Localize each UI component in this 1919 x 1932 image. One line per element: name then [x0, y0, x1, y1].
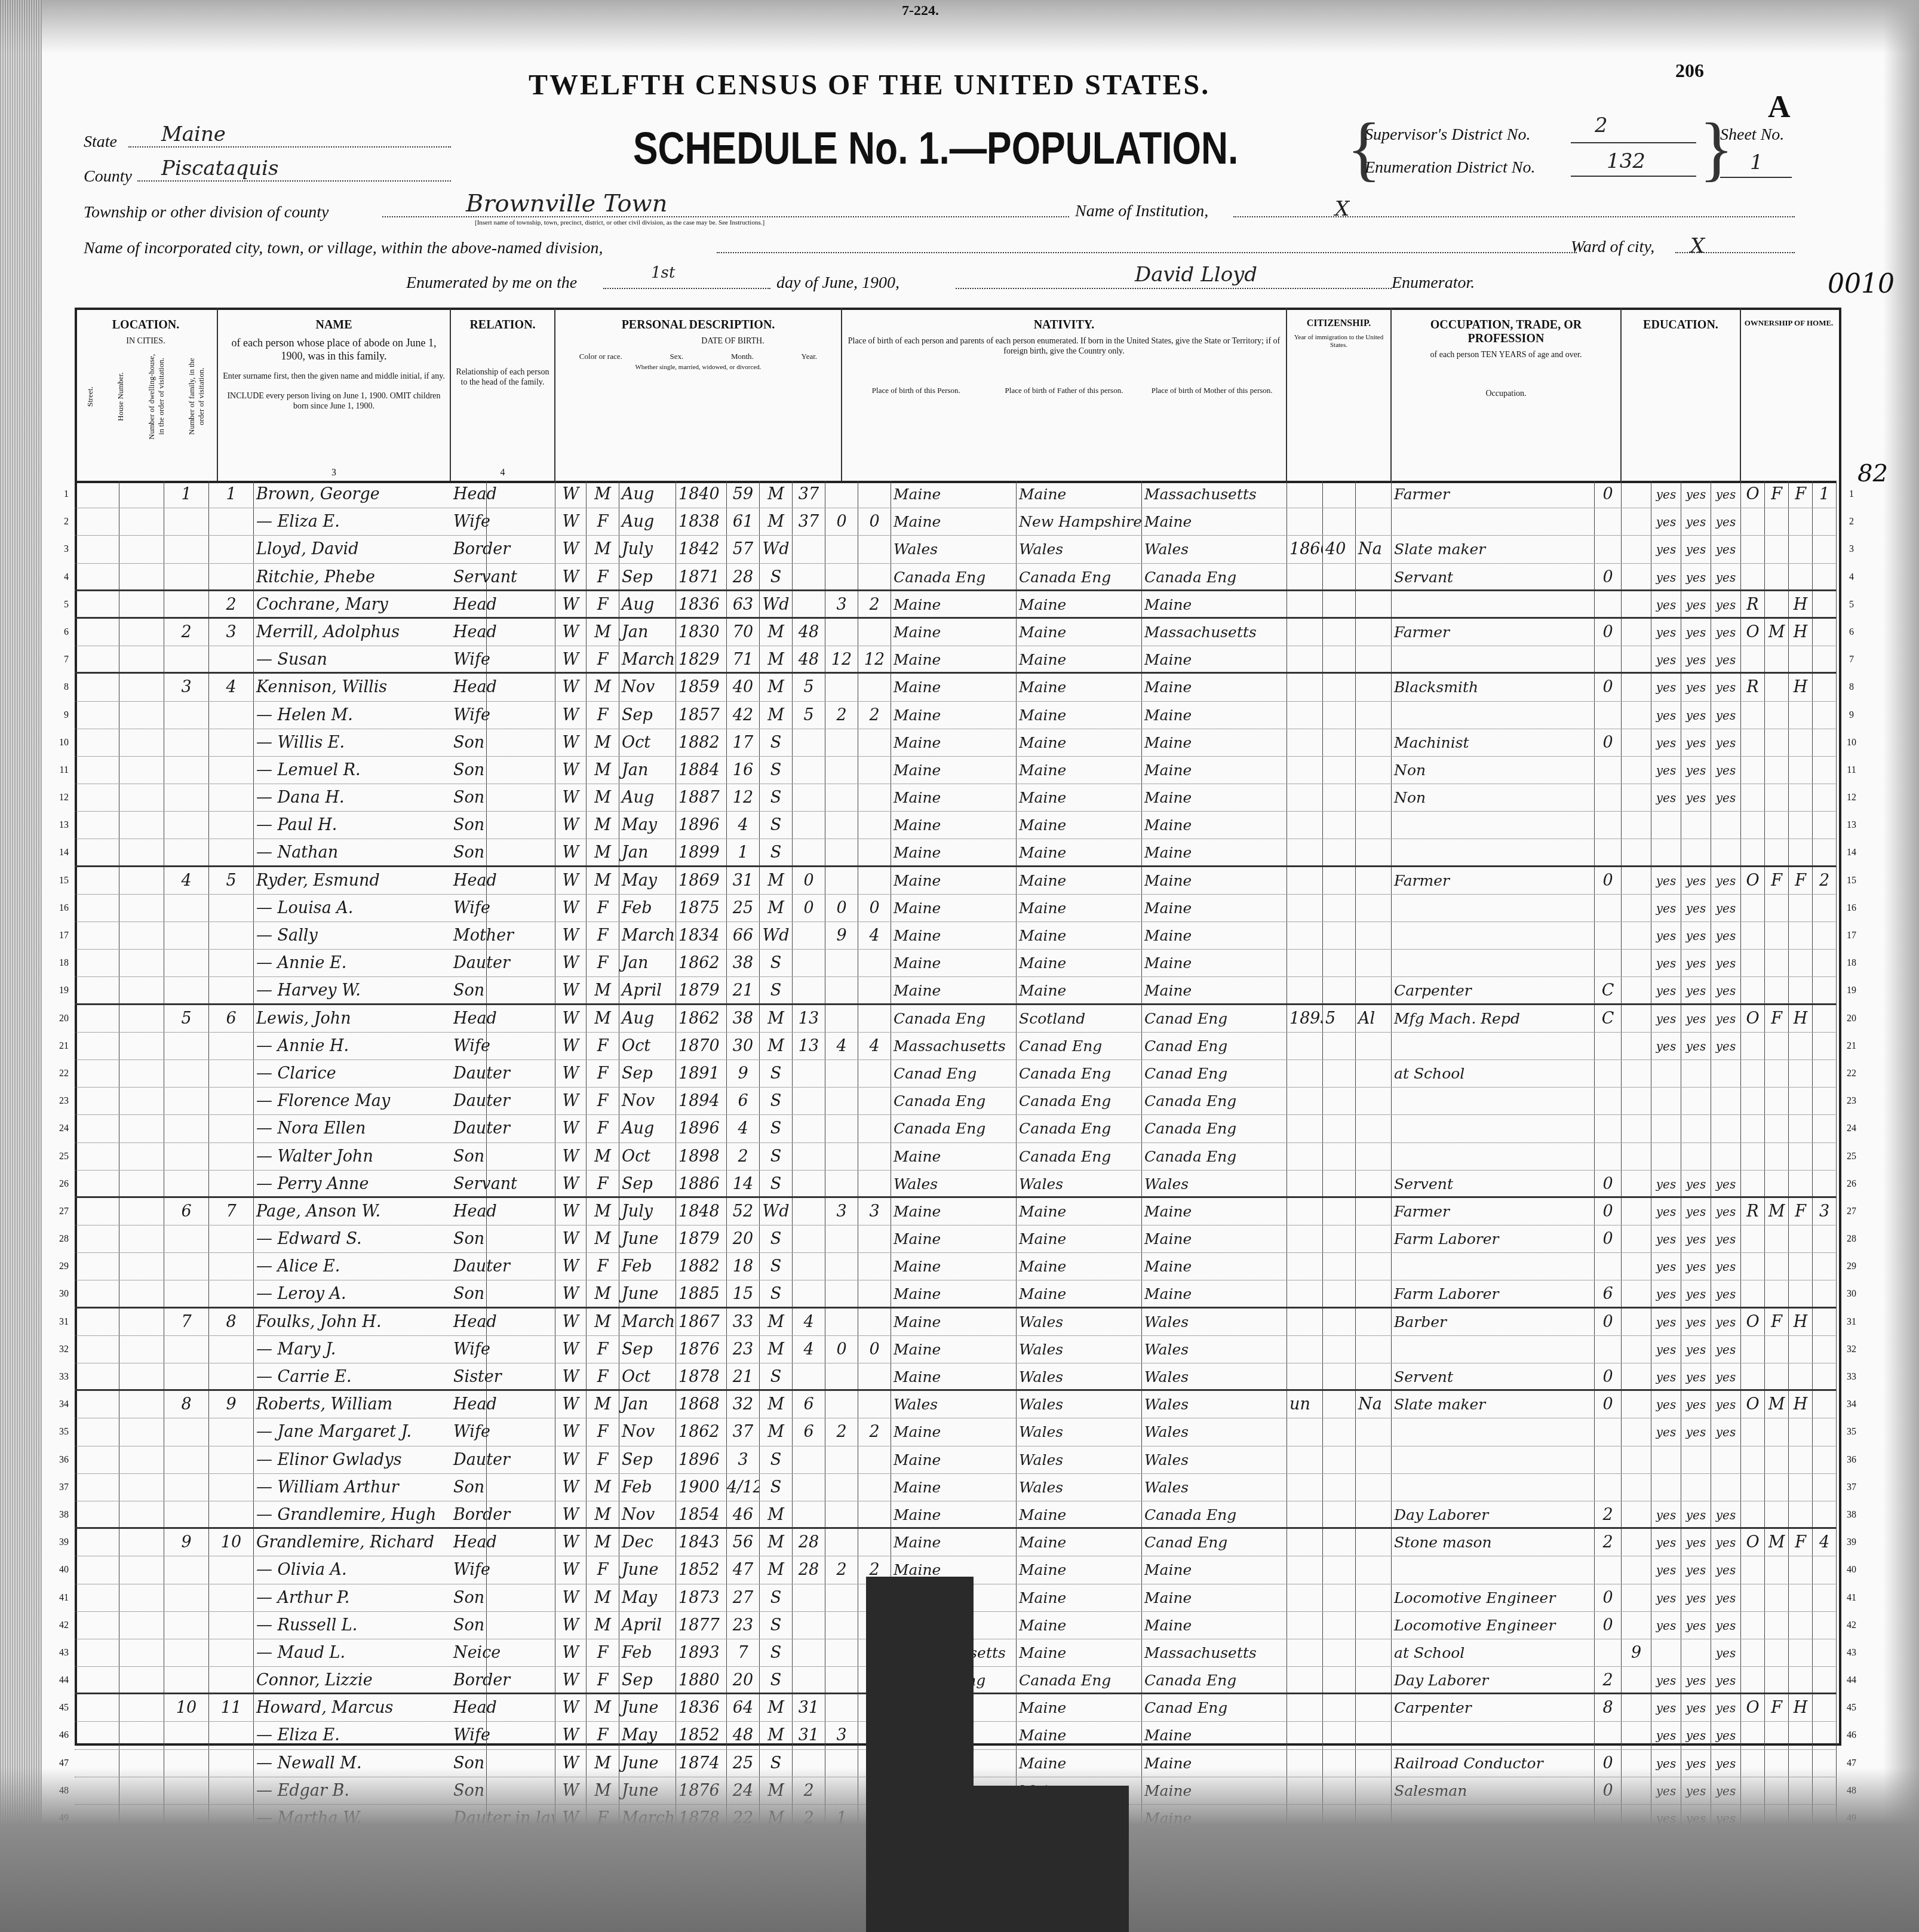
house-number-cell: [119, 1253, 164, 1280]
table-row: 44Ritchie, PhebeServantWFSep187128SCanad…: [75, 564, 1837, 591]
cell-occ: [1392, 1722, 1595, 1749]
cell-rd: [1651, 1088, 1681, 1114]
cell-mo: [1595, 1033, 1622, 1059]
cell-imm: [1287, 1309, 1323, 1335]
cell-color: W: [555, 1060, 587, 1087]
cell-rel: Son: [451, 1143, 555, 1170]
cell-ym: [793, 1474, 825, 1501]
cell-dw: [164, 564, 209, 589]
cell-bp: Maine: [891, 977, 1017, 1003]
cell-sch: [1622, 1612, 1651, 1639]
cell-wr: yes: [1681, 784, 1711, 811]
cell-ym: [793, 950, 825, 976]
cell-sex: M: [587, 1584, 619, 1611]
cell-fp: Maine: [1017, 867, 1142, 894]
cell-free: F: [1765, 481, 1789, 508]
cell-own: O: [1741, 867, 1765, 894]
cell-month: Oct: [619, 729, 676, 756]
cell-mar: M: [760, 1694, 793, 1721]
cell-fp: Maine: [1017, 619, 1142, 646]
cell-wr: [1681, 1088, 1711, 1114]
cell-occ: [1392, 1556, 1595, 1583]
cell-nat: Na: [1356, 536, 1392, 563]
cell-rel: Head: [451, 674, 555, 701]
house-number-cell: [119, 1363, 164, 1389]
cell-sch: [1622, 1005, 1651, 1032]
cell-fs: [1813, 839, 1837, 865]
cell-own: O: [1741, 1529, 1765, 1556]
cell-fam: 10: [209, 1529, 254, 1556]
cell-sex: M: [587, 481, 619, 508]
cell-fs: [1813, 591, 1837, 617]
cell-color: W: [555, 1639, 587, 1666]
cell-cl: 0: [858, 1336, 891, 1363]
cell-month: Jan: [619, 950, 676, 976]
cell-sch: [1622, 1667, 1651, 1693]
cell-mp: Canad Eng: [1142, 1694, 1287, 1721]
cell-fam: [209, 757, 254, 784]
cell-dw: 9: [164, 1529, 209, 1556]
street-cell: [75, 1474, 119, 1501]
table-row: 2121— Annie H.WifeWFOct187030M1344Massac…: [75, 1033, 1837, 1060]
cell-color: W: [555, 1391, 587, 1418]
cell-nat: [1356, 1694, 1392, 1721]
row-number-right: 31: [1840, 1309, 1863, 1336]
cell-ym: [793, 1088, 825, 1114]
cell-free: [1765, 784, 1789, 811]
cell-color: W: [555, 1171, 587, 1196]
cell-own: [1741, 1253, 1765, 1280]
cell-mar: S: [760, 812, 793, 838]
cell-fs: [1813, 536, 1837, 563]
cell-month: April: [619, 977, 676, 1003]
cell-imm: [1287, 591, 1323, 617]
cell-free: [1765, 1501, 1789, 1527]
cell-color: W: [555, 1143, 587, 1170]
cell-sch: [1622, 1418, 1651, 1445]
cell-en: yes: [1711, 1529, 1741, 1556]
cell-wr: yes: [1681, 564, 1711, 589]
house-number-cell: [119, 1198, 164, 1225]
scan-edge-left: [0, 0, 42, 1932]
cell-cl: [858, 619, 891, 646]
birth-father-label: Place of birth of Father of this person.: [997, 386, 1131, 395]
cell-ym: [793, 536, 825, 563]
cell-wr: yes: [1681, 950, 1711, 976]
row-number-right: 38: [1840, 1501, 1863, 1529]
cell-mp: Wales: [1142, 536, 1287, 563]
cell-sch: [1622, 784, 1651, 811]
cell-color: W: [555, 922, 587, 949]
house-number-cell: [119, 1694, 164, 1721]
cell-dw: [164, 702, 209, 729]
row-number: 44: [45, 1667, 69, 1694]
cell-imm: [1287, 1088, 1323, 1114]
cell-color: W: [555, 1115, 587, 1142]
cell-occ: [1392, 895, 1595, 922]
row-number: 22: [45, 1060, 69, 1088]
cell-age: 1: [727, 839, 760, 865]
birth-person-label: Place of birth of this Person.: [849, 386, 982, 395]
cell-color: W: [555, 895, 587, 922]
cell-farm: [1789, 1033, 1813, 1059]
cell-occ: [1392, 1446, 1595, 1473]
row-number: 3: [45, 536, 69, 563]
cell-farm: [1789, 564, 1813, 589]
cell-farm: F: [1789, 1529, 1813, 1556]
cell-age: 47: [727, 1556, 760, 1583]
cell-month: Jan: [619, 839, 676, 865]
cell-fs: [1813, 1005, 1837, 1032]
cell-year: 1882: [676, 1253, 727, 1280]
cell-year: 1862: [676, 1418, 727, 1445]
cell-mo: [1595, 1418, 1622, 1445]
house-number-cell: [119, 1556, 164, 1583]
cell-mp: Wales: [1142, 1474, 1287, 1501]
row-number: 24: [45, 1115, 69, 1142]
cell-month: Nov: [619, 1088, 676, 1114]
cell-rel: Head: [451, 591, 555, 617]
cell-fp: Maine: [1017, 1225, 1142, 1252]
cell-rel: Son: [451, 1474, 555, 1501]
cell-nat: [1356, 784, 1392, 811]
cell-own: [1741, 1280, 1765, 1306]
cell-free: [1765, 1171, 1789, 1196]
cell-rd: yes: [1651, 646, 1681, 672]
cell-imm: [1287, 1694, 1323, 1721]
cell-mp: Canada Eng: [1142, 1143, 1287, 1170]
cell-wr: yes: [1681, 1171, 1711, 1196]
cell-color: W: [555, 1253, 587, 1280]
cell-sex: F: [587, 1253, 619, 1280]
page-letter: A: [1768, 90, 1791, 125]
cell-color: W: [555, 977, 587, 1003]
cell-year: 1840: [676, 481, 727, 508]
house-number-cell: [119, 1584, 164, 1611]
cell-free: [1765, 922, 1789, 949]
cell-yrs: [1323, 757, 1356, 784]
cell-color: W: [555, 1088, 587, 1114]
row-number-right: 28: [1840, 1225, 1863, 1253]
row-number-right: 41: [1840, 1584, 1863, 1612]
cell-fam: [209, 536, 254, 563]
cell-year: 1829: [676, 646, 727, 672]
cell-mc: 3: [825, 1722, 858, 1749]
cell-mo: C: [1595, 1005, 1622, 1032]
occupation-desc: of each person TEN YEARS of age and over…: [1392, 346, 1620, 365]
marital-label: Whether single, married, widowed, or div…: [555, 361, 841, 373]
cell-month: Aug: [619, 591, 676, 617]
cell-free: [1765, 1253, 1789, 1280]
cell-mar: S: [760, 1584, 793, 1611]
cell-mp: Massachusetts: [1142, 1639, 1287, 1666]
table-row: 3030— Leroy A.SonWMJune188515SMaineMaine…: [75, 1280, 1837, 1308]
cell-age: 52: [727, 1198, 760, 1225]
cell-mar: M: [760, 619, 793, 646]
cell-mar: M: [760, 1309, 793, 1335]
cell-color: W: [555, 674, 587, 701]
cell-mp: Maine: [1142, 812, 1287, 838]
cell-yrs: [1323, 1474, 1356, 1501]
cell-cl: [858, 729, 891, 756]
table-row: 1010— Willis E.SonWMOct188217SMaineMaine…: [75, 729, 1837, 757]
cell-fp: Maine: [1017, 674, 1142, 701]
cell-wr: [1681, 1474, 1711, 1501]
cell-cl: [858, 867, 891, 894]
cell-farm: H: [1789, 1694, 1813, 1721]
table-row: 6623Merrill, AdolphusHeadWMJan183070M48M…: [75, 619, 1837, 646]
cell-year: 1899: [676, 839, 727, 865]
cell-imm: un: [1287, 1391, 1323, 1418]
cell-fam: 5: [209, 867, 254, 894]
cell-cl: [858, 1391, 891, 1418]
house-number-cell: [119, 1529, 164, 1556]
cell-rel: Son: [451, 1280, 555, 1306]
cell-rd: yes: [1651, 1309, 1681, 1335]
cell-cl: 2: [858, 702, 891, 729]
cell-cl: 0: [858, 895, 891, 922]
cell-fp: Wales: [1017, 1363, 1142, 1389]
street-cell: [75, 1501, 119, 1527]
citizenship-title: CITIZENSHIP.: [1287, 308, 1390, 329]
cell-sex: M: [587, 729, 619, 756]
cell-mp: Canada Eng: [1142, 1115, 1287, 1142]
cell-ym: [793, 1143, 825, 1170]
cell-month: Jan: [619, 619, 676, 646]
cell-month: Sep: [619, 1060, 676, 1087]
cell-farm: [1789, 1556, 1813, 1583]
cell-mar: S: [760, 1253, 793, 1280]
cell-fam: 11: [209, 1694, 254, 1721]
cell-color: W: [555, 564, 587, 589]
cell-sex: F: [587, 895, 619, 922]
cell-age: 48: [727, 1722, 760, 1749]
cell-free: [1765, 1418, 1789, 1445]
cell-sex: F: [587, 564, 619, 589]
cell-wr: yes: [1681, 1280, 1711, 1306]
street-cell: [75, 1115, 119, 1142]
cell-yrs: [1323, 1391, 1356, 1418]
table-row: 1111— Lemuel R.SonWMJan188416SMaineMaine…: [75, 757, 1837, 784]
street-cell: [75, 757, 119, 784]
cell-mar: S: [760, 757, 793, 784]
cell-mp: Wales: [1142, 1391, 1287, 1418]
cell-imm: [1287, 1418, 1323, 1445]
cell-year: 1857: [676, 702, 727, 729]
cell-mp: Massachusetts: [1142, 481, 1287, 508]
cell-cl: [858, 1253, 891, 1280]
cell-sex: M: [587, 1694, 619, 1721]
cell-dw: [164, 1088, 209, 1114]
cell-farm: [1789, 784, 1813, 811]
cell-year: 1848: [676, 1198, 727, 1225]
cell-mc: [825, 757, 858, 784]
table-row: 3737— William ArthurSonWMFeb19004/12SMai…: [75, 1474, 1837, 1501]
cell-rd: yes: [1651, 867, 1681, 894]
cell-fp: Maine: [1017, 977, 1142, 1003]
cell-fs: [1813, 1584, 1837, 1611]
cell-rel: Dauter: [451, 1088, 555, 1114]
house-number-cell: [119, 1391, 164, 1418]
street-cell: [75, 536, 119, 563]
cell-fp: Maine: [1017, 784, 1142, 811]
cell-mp: Maine: [1142, 784, 1287, 811]
street-cell: [75, 812, 119, 838]
cell-nat: [1356, 1501, 1392, 1527]
cell-free: M: [1765, 1529, 1789, 1556]
cell-year: 1900: [676, 1474, 727, 1501]
cell-en: yes: [1711, 1584, 1741, 1611]
cell-mar: S: [760, 1171, 793, 1196]
cell-yrs: [1323, 895, 1356, 922]
cell-free: [1765, 1556, 1789, 1583]
cell-sch: [1622, 757, 1651, 784]
cell-nat: [1356, 674, 1392, 701]
row-number-right: 45: [1840, 1694, 1863, 1722]
cell-farm: H: [1789, 1391, 1813, 1418]
cell-mar: Wd: [760, 591, 793, 617]
cell-free: [1765, 536, 1789, 563]
row-number-right: 23: [1840, 1088, 1863, 1115]
cell-age: 12: [727, 784, 760, 811]
cell-yrs: [1323, 591, 1356, 617]
cell-own: [1741, 950, 1765, 976]
cell-occ: Farmer: [1392, 867, 1595, 894]
cell-mp: Maine: [1142, 1722, 1287, 1749]
cell-sex: M: [587, 674, 619, 701]
cell-bp: Maine: [891, 1336, 1017, 1363]
cell-fp: Canada Eng: [1017, 1088, 1142, 1114]
cell-nat: [1356, 729, 1392, 756]
cell-wr: yes: [1681, 1584, 1711, 1611]
cell-imm: [1287, 1501, 1323, 1527]
cell-age: 23: [727, 1612, 760, 1639]
cell-mp: Wales: [1142, 1363, 1287, 1389]
cell-yrs: [1323, 646, 1356, 672]
cell-free: [1765, 646, 1789, 672]
cell-age: 31: [727, 867, 760, 894]
cell-yrs: [1323, 729, 1356, 756]
cell-own: [1741, 1336, 1765, 1363]
cell-cl: [858, 674, 891, 701]
cell-cl: [858, 1280, 891, 1306]
street-cell: [75, 1143, 119, 1170]
cell-own: [1741, 1088, 1765, 1114]
cell-month: Feb: [619, 1474, 676, 1501]
cell-dw: [164, 1280, 209, 1306]
cell-fs: [1813, 1363, 1837, 1389]
row-number: 31: [45, 1309, 69, 1336]
cell-fs: [1813, 1639, 1837, 1666]
cell-en: yes: [1711, 1005, 1741, 1032]
row-number: 16: [45, 895, 69, 922]
cell-own: [1741, 564, 1765, 589]
enumerated-day-line: [603, 288, 770, 289]
cell-mc: [825, 1253, 858, 1280]
cell-rd: yes: [1651, 1501, 1681, 1527]
cell-yrs: [1323, 1363, 1356, 1389]
cell-sex: F: [587, 1088, 619, 1114]
cell-mar: M: [760, 1418, 793, 1445]
street-cell: [75, 1005, 119, 1032]
cell-mp: Maine: [1142, 508, 1287, 535]
cell-fs: [1813, 784, 1837, 811]
cell-rd: yes: [1651, 1280, 1681, 1306]
house-number-cell: [119, 1060, 164, 1087]
cell-cl: [858, 1225, 891, 1252]
cell-sch: 9: [1622, 1639, 1651, 1666]
row-number: 36: [45, 1446, 69, 1474]
cell-wr: [1681, 839, 1711, 865]
row-number: 35: [45, 1418, 69, 1446]
cell-bp: Maine: [891, 619, 1017, 646]
cell-month: Nov: [619, 1418, 676, 1445]
cell-free: [1765, 1088, 1789, 1114]
cell-sex: M: [587, 839, 619, 865]
cell-rd: yes: [1651, 564, 1681, 589]
cell-sch: [1622, 1060, 1651, 1087]
cell-own: [1741, 729, 1765, 756]
cell-bp: Maine: [891, 1529, 1017, 1556]
cell-sch: [1622, 508, 1651, 535]
cell-own: [1741, 646, 1765, 672]
cell-bp: Maine: [891, 1225, 1017, 1252]
cell-rd: yes: [1651, 1694, 1681, 1721]
house-number-cell: [119, 1005, 164, 1032]
cell-ym: [793, 757, 825, 784]
dob-label: DATE OF BIRTH.: [555, 332, 841, 352]
cell-dw: [164, 729, 209, 756]
cell-mo: [1595, 1474, 1622, 1501]
cell-cl: [858, 1309, 891, 1335]
cell-fs: [1813, 646, 1837, 672]
cell-mo: 0: [1595, 1584, 1622, 1611]
cell-farm: F: [1789, 867, 1813, 894]
cell-own: [1741, 895, 1765, 922]
cell-month: May: [619, 867, 676, 894]
cell-sex: M: [587, 1474, 619, 1501]
cell-age: 3: [727, 1446, 760, 1473]
cell-free: [1765, 1115, 1789, 1142]
cell-mar: M: [760, 1722, 793, 1749]
cell-year: 1852: [676, 1722, 727, 1749]
cell-dw: [164, 922, 209, 949]
cell-mp: Maine: [1142, 674, 1287, 701]
cell-farm: [1789, 977, 1813, 1003]
cell-fs: [1813, 1143, 1837, 1170]
cell-occ: Servent: [1392, 1363, 1595, 1389]
cell-year: 1854: [676, 1501, 727, 1527]
table-row: 3838— Grandlemire, HughBorderWMNov185446…: [75, 1501, 1837, 1529]
header-location: LOCATION. IN CITIES. Street. House Numbe…: [75, 308, 218, 481]
state-value: Maine: [161, 122, 226, 146]
cell-fam: [209, 812, 254, 838]
cell-sex: M: [587, 1309, 619, 1335]
cell-sex: M: [587, 977, 619, 1003]
cell-yrs: [1323, 481, 1356, 508]
cell-own: O: [1741, 619, 1765, 646]
table-row: 3232— Mary J.WifeWFSep187623M400MaineWal…: [75, 1336, 1837, 1363]
cell-mp: Maine: [1142, 757, 1287, 784]
row-number: 10: [45, 729, 69, 757]
cell-rd: [1651, 1474, 1681, 1501]
table-row: 3333— Carrie E.SisterWFOct187821SMaineWa…: [75, 1363, 1837, 1391]
cell-mc: [825, 1391, 858, 1418]
cell-fam: [209, 922, 254, 949]
cell-month: June: [619, 1225, 676, 1252]
cell-fp: Wales: [1017, 1474, 1142, 1501]
cell-fs: [1813, 757, 1837, 784]
